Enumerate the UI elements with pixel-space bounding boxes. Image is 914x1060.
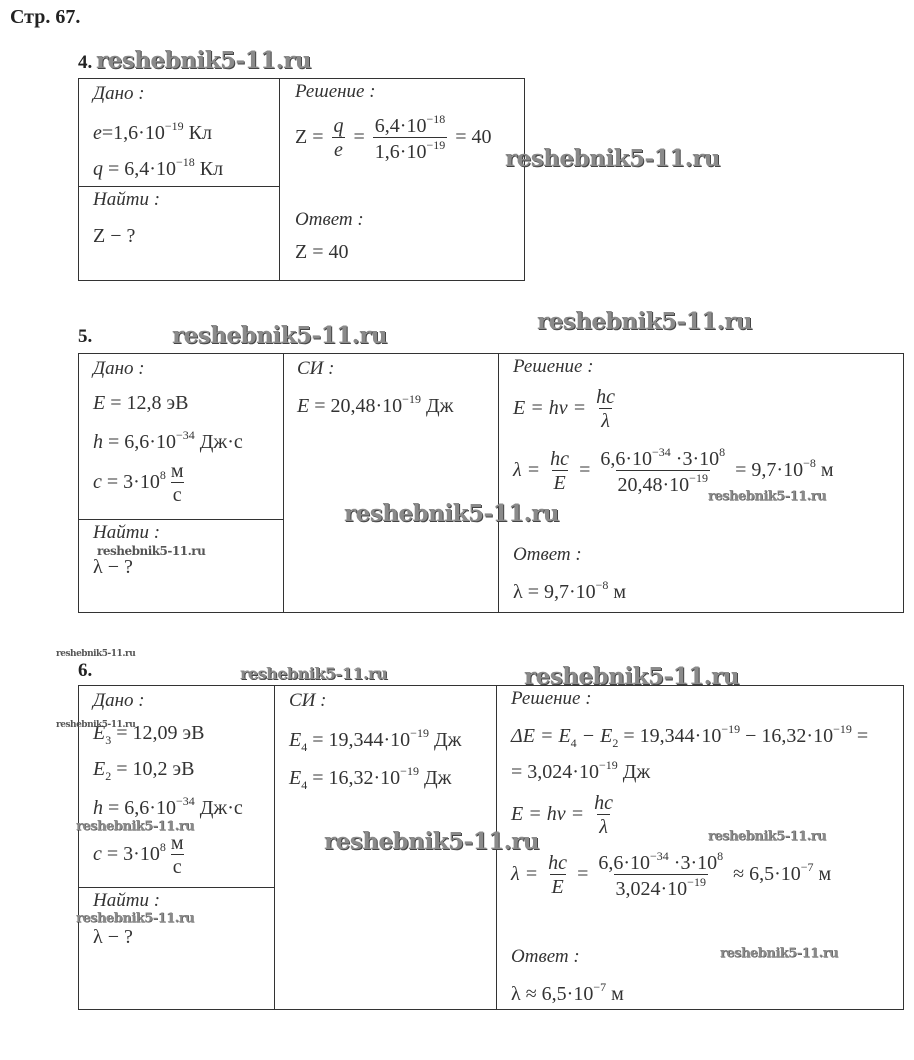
si-line: E = 20,48·10−19 Дж [297,392,453,418]
given-line: h = 6,6·10−34 Дж·с [93,794,243,820]
given-line: e=1,6·10−19 Кл [93,119,212,145]
find-label: Найти : [93,522,160,544]
column-divider [498,354,499,612]
given-line: h = 6,6·10−34 Дж·с [93,428,243,454]
find-label: Найти : [93,189,160,211]
watermark: reshebnik5-11.ru [96,47,311,74]
watermark: reshebnik5-11.ru [537,308,752,335]
find-value: Z − ? [93,225,135,248]
solution-label: Решение : [295,81,376,103]
solution-line: λ = hcE = 6,6·10−34 ·3·1083,024·10−19 ≈ … [511,850,831,901]
si-label: СИ : [289,690,326,712]
watermark: reshebnik5-11.ru [344,500,559,527]
given-label: Дано : [93,83,145,105]
column-divider [274,686,275,1009]
page-title: Стр. 67. [10,6,80,29]
given-line: E = 12,8 эВ [93,392,188,415]
watermark: reshebnik5-11.ru [505,145,720,172]
problem-6-number: 6. [78,660,92,682]
find-value: λ − ? [93,926,133,949]
row-divider [79,186,280,187]
column-divider [283,354,284,612]
solution-label: Решение : [513,356,594,378]
watermark: reshebnik5-11.ru [720,946,838,961]
watermark: reshebnik5-11.ru [172,322,387,349]
si-line: E4 = 16,32·10−19 Дж [289,764,451,793]
answer-label: Ответ : [511,946,580,968]
given-line: c = 3·108мс [93,460,189,507]
solution-line: E = hν = hcλ [513,386,620,433]
solution-label: Решение : [511,688,592,710]
watermark: reshebnik5-11.ru [76,819,194,834]
given-line: E2 = 10,2 эВ [93,758,194,784]
watermark: reshebnik5-11.ru [240,664,387,683]
watermark: reshebnik5-11.ru [76,911,194,926]
watermark: reshebnik5-11.ru [56,649,135,659]
answer-value: λ ≈ 6,5·10−7 м [511,980,624,1006]
problem-4-table: Дано : e=1,6·10−19 Кл q = 6,4·10−18 Кл Н… [78,78,525,281]
solution-line: ΔE = E4 − E2 = 19,344·10−19 − 16,32·10−1… [511,722,868,751]
problem-5-number: 5. [78,326,92,348]
given-label: Дано : [93,690,145,712]
find-label: Найти : [93,890,160,912]
solution-formula: Z = qe = 6,4·10−181,6·10−19 = 40 [295,113,492,164]
given-label: Дано : [93,358,145,380]
given-line: q = 6,4·10−18 Кл [93,155,223,181]
row-divider [79,887,275,888]
answer-label: Ответ : [513,544,582,566]
answer-value: Z = 40 [295,241,349,264]
watermark: reshebnik5-11.ru [324,828,539,855]
column-divider [279,79,280,280]
answer-value: λ = 9,7·10−8 м [513,578,626,604]
solution-line: = 3,024·10−19 Дж [511,758,650,784]
problem-5-table: Дано : E = 12,8 эВ h = 6,6·10−34 Дж·с c … [78,353,904,613]
watermark: reshebnik5-11.ru [56,720,135,730]
problem-4-number: 4. [78,52,92,74]
given-line: c = 3·108мс [93,832,189,879]
watermark: reshebnik5-11.ru [708,489,826,504]
si-line: E4 = 19,344·10−19 Дж [289,726,461,755]
si-label: СИ : [297,358,334,380]
find-value: λ − ? [93,556,133,579]
watermark: reshebnik5-11.ru [708,829,826,844]
answer-label: Ответ : [295,209,364,231]
row-divider [79,519,284,520]
